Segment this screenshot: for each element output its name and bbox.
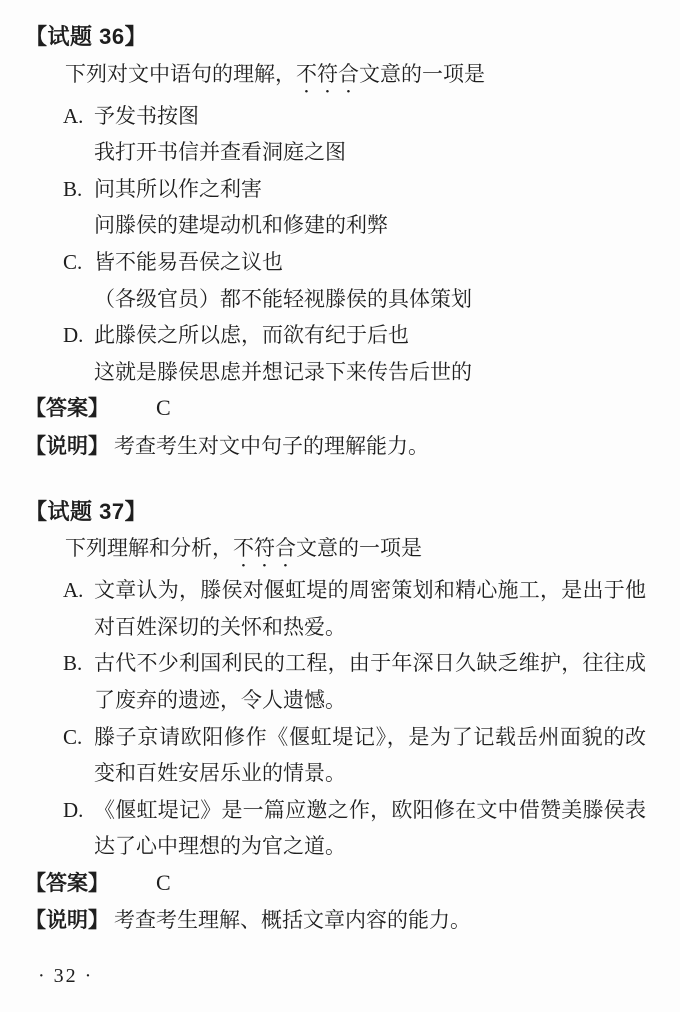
option-letter: C. — [63, 244, 94, 317]
option-original-text: 问其所以作之利害 — [94, 171, 646, 208]
option-original-text: 此滕侯之所以虑，而欲有纪于后也 — [94, 317, 646, 354]
option-b: B. 问其所以作之利害 问滕侯的建堤动机和修建的利弊 — [63, 171, 680, 244]
option-translation: 问滕侯的建堤动机和修建的利弊 — [94, 207, 646, 244]
option-original-text: 予发书按图 — [94, 98, 646, 135]
option-translation: 我打开书信并查看洞庭之图 — [94, 134, 646, 171]
option-letter: A. — [63, 98, 94, 171]
question-tag: 【试题 37】 — [25, 494, 680, 531]
option-d: D. 《偃虹堤记》是一篇应邀之作，欧阳修在文中借赞美滕侯表达了心中理想的为官之道… — [63, 792, 680, 865]
option-content: 皆不能易吾侯之议也 （各级官员）都不能轻视滕侯的具体策划 — [94, 244, 646, 317]
option-content: 予发书按图 我打开书信并查看洞庭之图 — [94, 98, 646, 171]
option-letter: B. — [63, 645, 94, 718]
option-a: A. 文章认为，滕侯对偃虹堤的周密策划和精心施工，是出于他对百姓深切的关怀和热爱… — [63, 572, 680, 645]
note-text: 考查考生理解、概括文章内容的能力。 — [114, 908, 471, 932]
answer-label: 【答案】 — [25, 397, 109, 420]
option-original-text: 皆不能易吾侯之议也 — [94, 244, 646, 281]
option-translation: （各级官员）都不能轻视滕侯的具体策划 — [94, 281, 646, 318]
question-stem: 下列理解和分析，不符合文意的一项是 — [65, 530, 680, 572]
option-letter: B. — [63, 171, 94, 244]
answer-value: C — [156, 395, 171, 420]
exam-answer-page: 【试题 36】 下列对文中语句的理解，不符合文意的一项是 A. 予发书按图 我打… — [0, 0, 680, 940]
note-line: 【说明】考查考生理解、概括文章内容的能力。 — [25, 902, 680, 940]
stem-prefix: 下列对文中语句的理解， — [65, 62, 296, 86]
question-tag: 【试题 36】 — [25, 19, 680, 56]
option-text: 滕子京请欧阳修作《偃虹堤记》，是为了记载岳州面貌的改变和百姓安居乐业的情景。 — [94, 719, 646, 792]
option-content: 此滕侯之所以虑，而欲有纪于后也 这就是滕侯思虑并想记录下来传告后世的 — [94, 317, 646, 390]
page-number: · 32 · — [38, 958, 93, 995]
stem-prefix: 下列理解和分析， — [65, 536, 233, 560]
option-letter: D. — [63, 317, 94, 390]
option-c: C. 皆不能易吾侯之议也 （各级官员）都不能轻视滕侯的具体策划 — [63, 244, 680, 317]
stem-emphasized-text: 不符合 — [233, 536, 296, 560]
stem-suffix: 文意的一项是 — [359, 62, 485, 86]
note-label: 【说明】 — [25, 909, 109, 932]
option-b: B. 古代不少利国利民的工程，由于年深日久缺乏维护，往往成了废弃的遗迹，令人遗憾… — [63, 645, 680, 718]
option-letter: C. — [63, 719, 94, 792]
option-translation: 这就是滕侯思虑并想记录下来传告后世的 — [94, 354, 646, 391]
question-block-37: 【试题 37】 下列理解和分析，不符合文意的一项是 A. 文章认为，滕侯对偃虹堤… — [0, 494, 680, 941]
answer-value: C — [156, 870, 171, 895]
option-letter: D. — [63, 792, 94, 865]
answer-label: 【答案】 — [25, 872, 109, 895]
question-block-36: 【试题 36】 下列对文中语句的理解，不符合文意的一项是 A. 予发书按图 我打… — [0, 19, 680, 466]
answer-line: 【答案】C — [25, 865, 680, 903]
option-letter: A. — [63, 572, 94, 645]
stem-emphasized-text: 不符合 — [296, 62, 359, 86]
note-text: 考查考生对文中句子的理解能力。 — [114, 434, 429, 458]
note-line: 【说明】考查考生对文中句子的理解能力。 — [25, 428, 680, 466]
option-text: 《偃虹堤记》是一篇应邀之作，欧阳修在文中借赞美滕侯表达了心中理想的为官之道。 — [94, 792, 646, 865]
option-d: D. 此滕侯之所以虑，而欲有纪于后也 这就是滕侯思虑并想记录下来传告后世的 — [63, 317, 680, 390]
option-c: C. 滕子京请欧阳修作《偃虹堤记》，是为了记载岳州面貌的改变和百姓安居乐业的情景… — [63, 719, 680, 792]
question-stem: 下列对文中语句的理解，不符合文意的一项是 — [65, 56, 680, 98]
note-label: 【说明】 — [25, 435, 109, 458]
option-text: 文章认为，滕侯对偃虹堤的周密策划和精心施工，是出于他对百姓深切的关怀和热爱。 — [94, 572, 646, 645]
option-a: A. 予发书按图 我打开书信并查看洞庭之图 — [63, 98, 680, 171]
option-text: 古代不少利国利民的工程，由于年深日久缺乏维护，往往成了废弃的遗迹，令人遗憾。 — [94, 645, 646, 718]
option-content: 问其所以作之利害 问滕侯的建堤动机和修建的利弊 — [94, 171, 646, 244]
stem-suffix: 文意的一项是 — [296, 536, 422, 560]
answer-line: 【答案】C — [25, 390, 680, 428]
